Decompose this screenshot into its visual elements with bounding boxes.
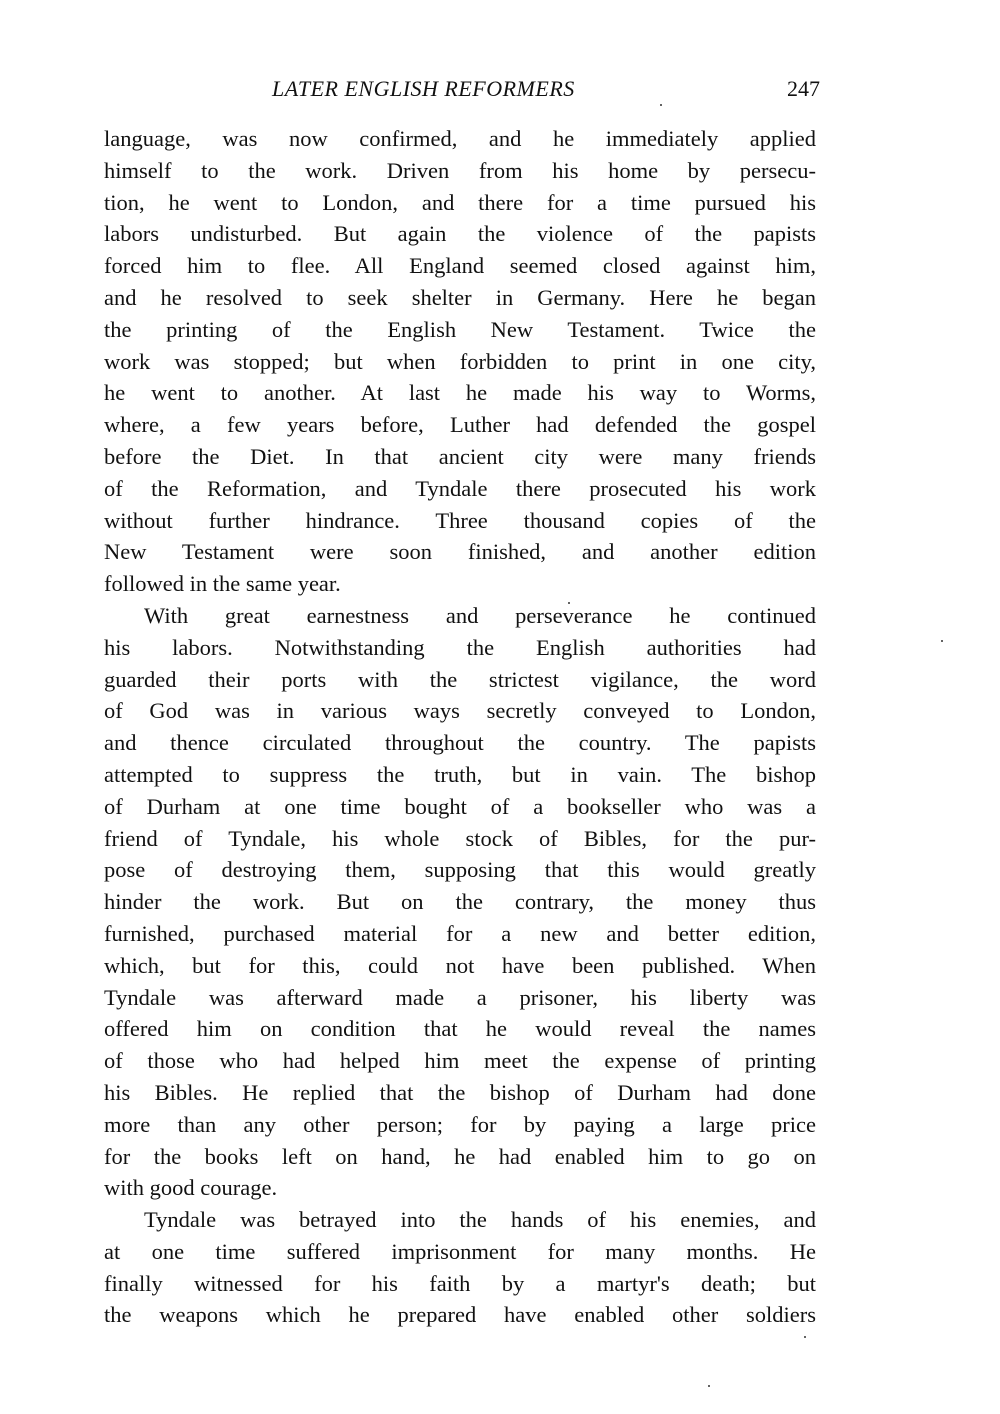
page-number: 247 <box>787 72 820 106</box>
text-line: Tyndale was afterward made a prisoner, h… <box>104 982 816 1014</box>
paragraph-3: Tyndale was betrayed into the hands of h… <box>104 1204 816 1331</box>
text-line: guarded their ports with the strictest v… <box>104 664 816 696</box>
text-line: attempted to suppress the truth, but in … <box>104 759 816 791</box>
text-line: hinder the work. But on the contrary, th… <box>104 886 816 918</box>
scan-speck <box>660 104 662 106</box>
text-line: labors undisturbed. But again the violen… <box>104 218 816 250</box>
text-line: of those who had helped him meet the exp… <box>104 1045 816 1077</box>
text-line: furnished, purchased material for a new … <box>104 918 816 950</box>
scan-speck <box>708 1385 710 1387</box>
scan-speck <box>941 640 943 642</box>
text-line: of the Reformation, and Tyndale there pr… <box>104 473 816 505</box>
text-line: forced him to flee. All England seemed c… <box>104 250 816 282</box>
text-line: followed in the same year. <box>104 568 816 600</box>
text-line: friend of Tyndale, his whole stock of Bi… <box>104 823 816 855</box>
text-line: and he resolved to seek shelter in Germa… <box>104 282 816 314</box>
text-line: of Durham at one time bought of a bookse… <box>104 791 816 823</box>
text-line: with good courage. <box>104 1172 816 1204</box>
text-line: before the Diet. In that ancient city we… <box>104 441 816 473</box>
paragraph-1: language, was now confirmed, and he imme… <box>104 123 816 600</box>
text-line: his Bibles. He replied that the bishop o… <box>104 1077 816 1109</box>
text-line: pose of destroying them, supposing that … <box>104 854 816 886</box>
text-line: Tyndale was betrayed into the hands of h… <box>104 1204 816 1236</box>
text-line: finally witnessed for his faith by a mar… <box>104 1268 816 1300</box>
text-line: himself to the work. Driven from his hom… <box>104 155 816 187</box>
text-line: With great earnestness and perseverance … <box>104 600 816 632</box>
text-line: and thence circulated throughout the cou… <box>104 727 816 759</box>
text-line: where, a few years before, Luther had de… <box>104 409 816 441</box>
text-line: offered him on condition that he would r… <box>104 1013 816 1045</box>
text-line: at one time suffered imprisonment for ma… <box>104 1236 816 1268</box>
text-line: work was stopped; but when forbidden to … <box>104 346 816 378</box>
text-line: for the books left on hand, he had enabl… <box>104 1141 816 1173</box>
paragraph-2: With great earnestness and perseverance … <box>104 600 816 1204</box>
text-line: more than any other person; for by payin… <box>104 1109 816 1141</box>
running-title: LATER ENGLISH REFORMERS <box>272 72 575 106</box>
text-line: tion, he went to London, and there for a… <box>104 187 816 219</box>
scan-speck <box>568 602 570 604</box>
running-head: LATER ENGLISH REFORMERS 247 <box>104 72 816 106</box>
body-text: language, was now confirmed, and he imme… <box>104 123 816 1331</box>
scan-speck <box>804 1336 806 1338</box>
text-line: without further hindrance. Three thousan… <box>104 505 816 537</box>
text-line: the printing of the English New Testamen… <box>104 314 816 346</box>
text-line: of God was in various ways secretly conv… <box>104 695 816 727</box>
book-page: LATER ENGLISH REFORMERS 247 language, wa… <box>104 72 816 1331</box>
text-line: which, but for this, could not have been… <box>104 950 816 982</box>
text-line: his labors. Notwithstanding the English … <box>104 632 816 664</box>
text-line: language, was now confirmed, and he imme… <box>104 123 816 155</box>
text-line: the weapons which he prepared have enabl… <box>104 1299 816 1331</box>
text-line: New Testament were soon finished, and an… <box>104 536 816 568</box>
text-line: he went to another. At last he made his … <box>104 377 816 409</box>
